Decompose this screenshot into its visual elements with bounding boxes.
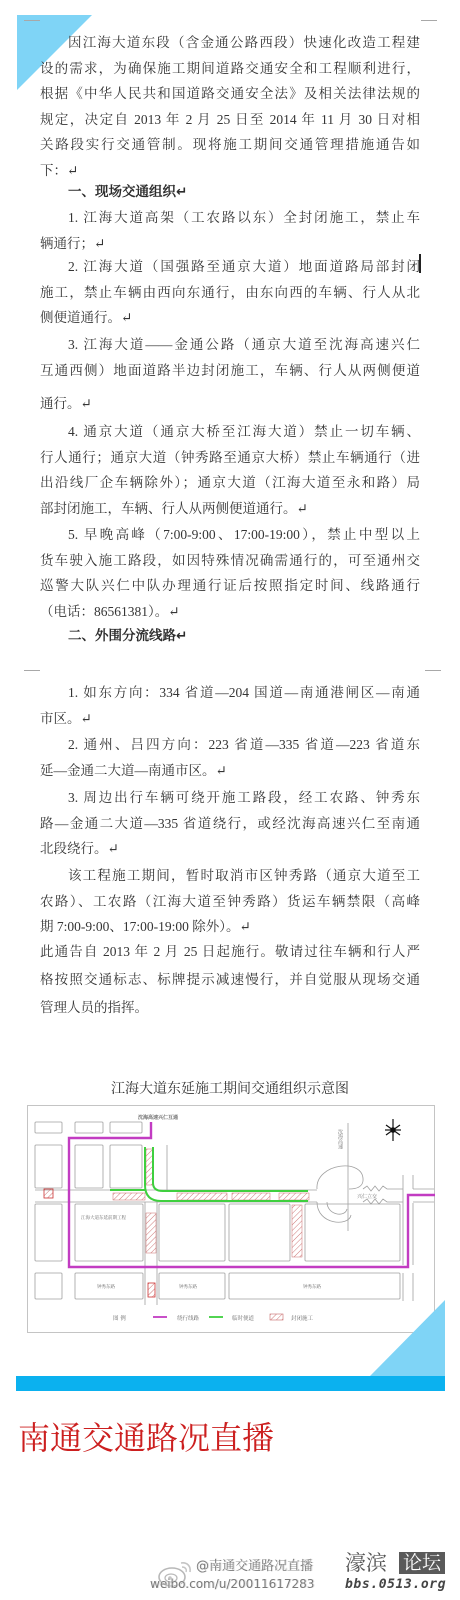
suspension-notice-paragraph: 该工程施工期间，暂时取消市区钟秀路（通京大道至工 农路）、工农路（江海大道至钟秀… <box>40 863 420 940</box>
intro-paragraph: 因江海大道东段（含金通公路西段）快速化改造工程建 设的需求，为确保施工期间道路交… <box>40 30 420 183</box>
text-line: 互通西侧）地面道路半边封闭施工，车辆、行人从两侧便道 <box>40 358 420 384</box>
text-line: 通行。↵ <box>40 391 420 417</box>
map-label-road: 钟秀东路 <box>303 1283 321 1290</box>
map-label-road: 钟秀东路 <box>97 1283 115 1290</box>
section-heading-text: 二、外围分流线路↵ <box>68 624 420 650</box>
text-line: 4. 通京大道（通京大桥至江海大道）禁止一切车辆、 <box>68 419 420 445</box>
text-line: 货车驶入施工路段，如因特殊情况确需通行的，可至通州交 <box>40 548 420 574</box>
map-label-interchange: 沈海高速兴仁互通 <box>137 1114 178 1121</box>
map-label-expressway: 沈海高速 <box>337 1128 343 1150</box>
text-line: 5. 早晚高峰（7:00-9:00、17:00-19:00），禁止中型以上 <box>68 522 420 548</box>
brand-title: 南通交通路况直播 <box>18 1418 274 1458</box>
text-line: 3. 江海大道——金通公路（通京大道至沈海高速兴仁 <box>68 332 420 358</box>
detour-route-1: 1. 如东方向：334 省道—204 国道—南通港闸区—南通 市区。↵ <box>40 680 420 731</box>
detour-route-2: 2. 通州、吕四方向：223 省道—335 省道—223 省道东 延—金通二大道… <box>40 732 420 783</box>
effective-notice-paragraph: 此通告自 2013 年 2 月 25 日起施行。敬请过往车辆和行人严 格按照交通… <box>40 938 420 1022</box>
measure-item-4: 4. 通京大道（通京大桥至江海大道）禁止一切车辆、 行人通行；通京大道（钟秀路至… <box>40 419 420 521</box>
legend-label: 临时便道 <box>232 1314 255 1322</box>
map-label-road: 钟秀东路 <box>179 1283 197 1290</box>
text-line: 出沿线厂企车辆除外）；通京大道（江海大道至永和路）局 <box>40 470 420 496</box>
measure-item-1: 1. 江海大道高架（工农路以东）全封闭施工，禁止车 辆通行；↵ <box>40 205 420 256</box>
page-break-mark <box>425 670 441 671</box>
text-line: 延—金通二大道—南通市区。↵ <box>40 758 420 784</box>
text-line: 农路）、工农路（江海大道至钟秀路）货运车辆禁限（高峰 <box>40 889 420 915</box>
text-line: 1. 江海大道高架（工农路以东）全封闭施工，禁止车 <box>68 205 420 231</box>
text-line: 规定，决定自 2013 年 2 月 25 日至 2014 年 11 月 30 日… <box>40 107 420 133</box>
weibo-url-watermark: weibo.com/u/20011617283 <box>150 1576 314 1592</box>
text-line: 市区。↵ <box>40 706 420 732</box>
section-heading-text: 一、现场交通组织↵ <box>68 180 420 206</box>
legend-title: 图 例 <box>113 1314 126 1322</box>
accent-bar <box>16 1376 445 1391</box>
text-line: 路—金通二大道—335 省道绕行，或经沈海高速兴仁至南通 <box>40 811 420 837</box>
detour-route-3: 3. 周边出行车辆可绕开施工路段，经工农路、钟秀东 路—金通二大道—335 省道… <box>40 785 420 862</box>
text-line: 此通告自 2013 年 2 月 25 日起施行。敬请过往车辆和行人严 <box>40 938 420 966</box>
text-line: 因江海大道东段（含金通公路西段）快速化改造工程建 <box>68 30 420 56</box>
text-line: 行人通行；通京大道（钟秀路至通京大桥）禁止车辆通行（进 <box>40 445 420 471</box>
page-corner-mark <box>421 20 437 21</box>
text-line: 期 7:00-9:00、17:00-19:00 除外）。↵ <box>40 914 420 940</box>
text-line: 设的需求，为确保施工期间道路交通安全和工程顺利进行， <box>40 56 420 82</box>
text-line: 1. 如东方向：334 省道—204 国道—南通港闸区—南通 <box>68 680 420 706</box>
measure-item-5: 5. 早晚高峰（7:00-9:00、17:00-19:00），禁止中型以上 货车… <box>40 522 420 624</box>
section-heading-1: 一、现场交通组织↵ <box>40 180 420 206</box>
forum-url-watermark: bbs.0513.org <box>345 1577 446 1593</box>
text-line: 该工程施工期间，暂时取消市区钟秀路（通京大道至工 <box>68 863 420 889</box>
text-line: 根据《中华人民共和国道路交通安全法》及相关法律法规的 <box>40 81 420 107</box>
legend-label: 绕行线路 <box>177 1314 200 1322</box>
corner-triangle-bottom-right <box>370 1300 445 1376</box>
text-line: 关路段实行交通管制。现将施工期间交通管理措施通告如 <box>40 132 420 158</box>
traffic-organization-map: 沈海高速兴仁互通 沈海高速 兴仁立交 江海大道东延前期工程 钟秀东路 钟秀东路 … <box>27 1105 435 1333</box>
measure-item-2: 2. 江海大道（国强路至通京大道）地面道路局部封闭 施工，禁止车辆由西向东通行，… <box>40 254 420 331</box>
text-line: 格按照交通标志、标牌提示减速慢行，并自觉服从现场交通 <box>40 966 420 994</box>
map-label-junction: 兴仁立交 <box>357 1193 377 1200</box>
page-break-mark <box>24 670 40 671</box>
text-line: 3. 周边出行车辆可绕开施工路段，经工农路、钟秀东 <box>68 785 420 811</box>
legend-label: 封闭施工 <box>291 1314 314 1322</box>
text-line: 北段绕行。↵ <box>40 836 420 862</box>
text-line: 施工，禁止车辆由西向东通行，由东向西的车辆、行人从北 <box>40 280 420 306</box>
page-corner-mark <box>24 20 40 21</box>
weibo-handle-watermark: @南通交通路况直播 <box>196 1559 313 1575</box>
legend-swatch-closed <box>270 1314 283 1320</box>
notice-image: 因江海大道东段（含金通公路西段）快速化改造工程建 设的需求，为确保施工期间道路交… <box>0 0 460 1600</box>
text-line: 辆通行；↵ <box>40 231 420 257</box>
text-line: 2. 江海大道（国强路至通京大道）地面道路局部封闭 <box>68 254 420 280</box>
text-line: 管理人员的指挥。 <box>40 994 420 1022</box>
section-heading-2: 二、外围分流线路↵ <box>40 624 420 650</box>
measure-item-3: 3. 江海大道——金通公路（通京大道至沈海高速兴仁 互通西侧）地面道路半边封闭施… <box>40 332 420 417</box>
map-title: 江海大道东延施工期间交通组织示意图 <box>0 1080 460 1100</box>
text-line: 部封闭施工，车辆、行人从两侧便道通行。↵ <box>40 496 420 522</box>
forum-logo-badge: 论坛 <box>399 1552 445 1574</box>
text-line: 巡警大队兴仁中队办理通行证后按照指定时间、线路通行 <box>40 573 420 599</box>
text-line: 侧便道通行。↵ <box>40 305 420 331</box>
text-line: （电话：86561381）。↵ <box>40 599 420 625</box>
forum-logo-name: 濠滨 <box>345 1551 387 1575</box>
map-label-project: 江海大道东延前期工程 <box>81 1214 126 1221</box>
text-line: 2. 通州、吕四方向：223 省道—335 省道—223 省道东 <box>68 732 420 758</box>
